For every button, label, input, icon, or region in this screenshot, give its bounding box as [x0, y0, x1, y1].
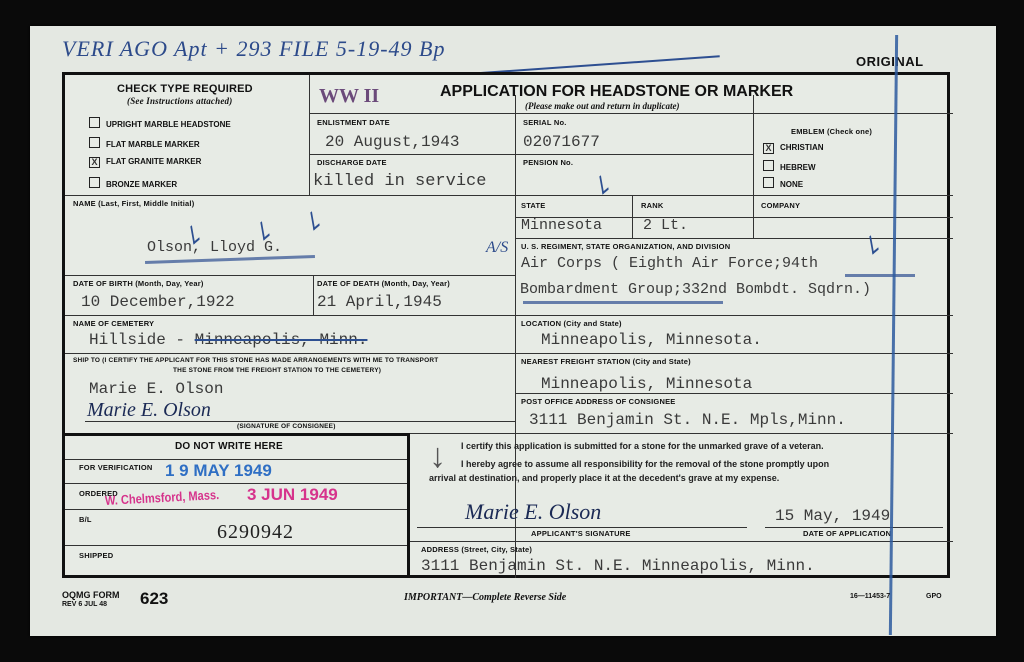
blue-pen-line: [889, 35, 898, 635]
regiment-label: U. S. REGIMENT, STATE ORGANIZATION, AND …: [521, 242, 730, 251]
enlistment-date-label: ENLISTMENT DATE: [317, 118, 390, 127]
rank-label: RANK: [641, 201, 663, 210]
name-underline: [145, 255, 315, 264]
checkmark-icon: [869, 231, 878, 254]
date-of-death-label: DATE OF DEATH (Month, Day, Year): [317, 279, 450, 288]
divider: [309, 113, 953, 114]
location-label: LOCATION (City and State): [521, 319, 622, 328]
checkmark-icon: [599, 171, 608, 194]
office-use-heading: DO NOT WRITE HERE: [175, 441, 283, 452]
checkbox-emblem-none[interactable]: NONE: [763, 177, 803, 189]
checkbox-upright-marble-headstone[interactable]: UPRIGHT MARBLE HEADSTONE: [89, 117, 231, 129]
cemetery-struck-text: Minneapolis, Minn.: [195, 331, 368, 349]
divider: [765, 527, 943, 528]
divider: [65, 509, 407, 510]
ship-to-label-line-2: THE STONE FROM THE FREIGHT STATION TO TH…: [173, 367, 381, 374]
ordered-date-stamp: 3 JUN 1949: [247, 485, 338, 505]
divider: [65, 195, 953, 196]
form-subtitle: (Please make out and return in duplicate…: [525, 101, 680, 111]
date-of-death-value: 21 April,1945: [317, 293, 442, 311]
divider: [313, 275, 314, 315]
serial-no-label: SERIAL No.: [523, 118, 567, 127]
ship-to-label-line-1: SHIP TO (I CERTIFY THE APPLICANT FOR THI…: [73, 357, 438, 364]
applicant-signature: Marie E. Olson: [465, 499, 601, 525]
freight-station-value: Minneapolis, Minnesota: [541, 375, 752, 393]
date-of-application-label: DATE OF APPLICATION: [803, 529, 891, 538]
discharge-date-label: DISCHARGE DATE: [317, 158, 387, 167]
shipped-label: SHIPPED: [79, 551, 113, 560]
emblem-heading: EMBLEM (Check one): [791, 127, 872, 136]
divider: [410, 541, 953, 542]
divider: [65, 353, 953, 354]
print-code: 16—11453-7: [850, 593, 890, 600]
checkbox-box[interactable]: [763, 177, 774, 188]
divider: [515, 393, 953, 394]
consignee-signature: Marie E. Olson: [87, 399, 211, 422]
checkbox-emblem-christian[interactable]: XCHRISTIAN: [763, 143, 824, 154]
checkmark-icon: [260, 217, 269, 240]
name-label: NAME (Last, First, Middle Initial): [73, 199, 194, 208]
date-of-application-value: 15 May, 1949: [775, 507, 890, 525]
regiment-line-1: Air Corps ( Eighth Air Force;94th: [521, 255, 818, 272]
divider: [309, 75, 310, 195]
rank-value: 2 Lt.: [643, 217, 688, 234]
divider: [65, 545, 407, 546]
consignee-address-value: 3111 Benjamin St. N.E. Mpls,Minn.: [529, 411, 846, 429]
applicant-address-value: 3111 Benjamin St. N.E. Minneapolis, Minn…: [421, 557, 815, 575]
discharge-date-value: killed in service: [313, 172, 486, 191]
form-id-line-1: OQMG FORM: [62, 590, 120, 600]
checkbox-box[interactable]: [89, 117, 100, 128]
handwritten-header-note: VERI AGO Apt + 293 FILE 5-19-49 Bp: [62, 36, 446, 62]
checkbox-box[interactable]: X: [89, 157, 100, 168]
location-value: Minneapolis, Minnesota.: [541, 331, 762, 349]
applicant-address-label: ADDRESS (Street, City, State): [421, 545, 532, 554]
checkmark-icon: [310, 207, 319, 230]
regiment-underline: [523, 301, 723, 304]
consignee-address-label: POST OFFICE ADDRESS OF CONSIGNEE: [521, 397, 675, 406]
divider: [515, 238, 953, 239]
headstone-application-card: VERI AGO Apt + 293 FILE 5-19-49 Bp ORIGI…: [30, 26, 996, 636]
checkbox-box[interactable]: X: [763, 143, 774, 154]
company-label: COMPANY: [761, 201, 800, 210]
bl-label: B/L: [79, 515, 92, 524]
divider: [515, 195, 516, 238]
serial-no-value: 02071677: [523, 133, 600, 151]
check-type-heading: CHECK TYPE REQUIRED: [117, 83, 253, 95]
checkbox-box[interactable]: [89, 137, 100, 148]
verification-stamp: 1 9 MAY 1949: [165, 461, 272, 481]
form-number: 623: [140, 589, 168, 609]
pension-no-label: PENSION No.: [523, 158, 573, 167]
divider: [65, 459, 407, 460]
divider: [417, 527, 747, 528]
state-label: STATE: [521, 201, 545, 210]
applicant-signature-label: APPLICANT'S SIGNATURE: [531, 529, 631, 538]
ship-to-value: Marie E. Olson: [89, 380, 223, 398]
bl-value: 6290942: [217, 521, 294, 544]
divider: [65, 275, 515, 276]
pencil-arrow-icon: ↓: [429, 439, 446, 473]
enlistment-date-value: 20 August,1943: [325, 133, 459, 151]
certification-line-2: I hereby agree to assume all responsibil…: [461, 459, 829, 469]
cemetery-label: NAME OF CEMETERY: [73, 319, 154, 328]
state-value: Minnesota: [521, 217, 602, 234]
signature-of-consignee-label: (SIGNATURE OF CONSIGNEE): [237, 423, 336, 430]
ww2-stamp: WW II: [319, 85, 379, 108]
divider: [85, 421, 515, 422]
date-of-birth-label: DATE OF BIRTH (Month, Day, Year): [73, 279, 204, 288]
certification-line-1: I certify this application is submitted …: [461, 441, 824, 451]
freight-station-label: NEAREST FREIGHT STATION (City and State): [521, 357, 691, 366]
original-label: ORIGINAL: [856, 54, 924, 69]
certification-line-3: arrival at destination, and properly pla…: [429, 473, 779, 483]
regiment-line-2: Bombardment Group;332nd Bombdt. Sqdrn.): [520, 281, 871, 298]
checkbox-bronze-marker[interactable]: BRONZE MARKER: [89, 177, 177, 189]
checkbox-box[interactable]: [763, 160, 774, 171]
form-title: APPLICATION FOR HEADSTONE OR MARKER: [440, 83, 793, 101]
verification-label: FOR VERIFICATION: [79, 463, 152, 472]
checkbox-flat-granite-marker[interactable]: XFLAT GRANITE MARKER: [89, 157, 201, 168]
divider: [65, 483, 407, 484]
date-of-birth-value: 10 December,1922: [81, 293, 235, 311]
checkbox-box[interactable]: [89, 177, 100, 188]
important-note: IMPORTANT—Complete Reverse Side: [404, 592, 566, 603]
annotation-as: A/S: [486, 239, 508, 257]
checkbox-flat-marble-marker[interactable]: FLAT MARBLE MARKER: [89, 137, 200, 149]
divider: [65, 315, 953, 316]
regiment-underline: [845, 274, 915, 277]
divider: [410, 433, 953, 434]
name-value: Olson, Lloyd G.: [147, 239, 282, 256]
divider: [309, 154, 753, 155]
form-id-line-2: REV 6 JUL 48: [62, 601, 107, 608]
gpo-label: GPO: [926, 593, 942, 600]
divider: [515, 95, 516, 195]
cemetery-value: Hillside - Minneapolis, Minn.: [89, 331, 367, 349]
check-type-subheading: (See Instructions attached): [127, 96, 232, 106]
checkbox-emblem-hebrew[interactable]: HEBREW: [763, 160, 816, 172]
application-form: CHECK TYPE REQUIRED (See Instructions at…: [62, 72, 950, 578]
